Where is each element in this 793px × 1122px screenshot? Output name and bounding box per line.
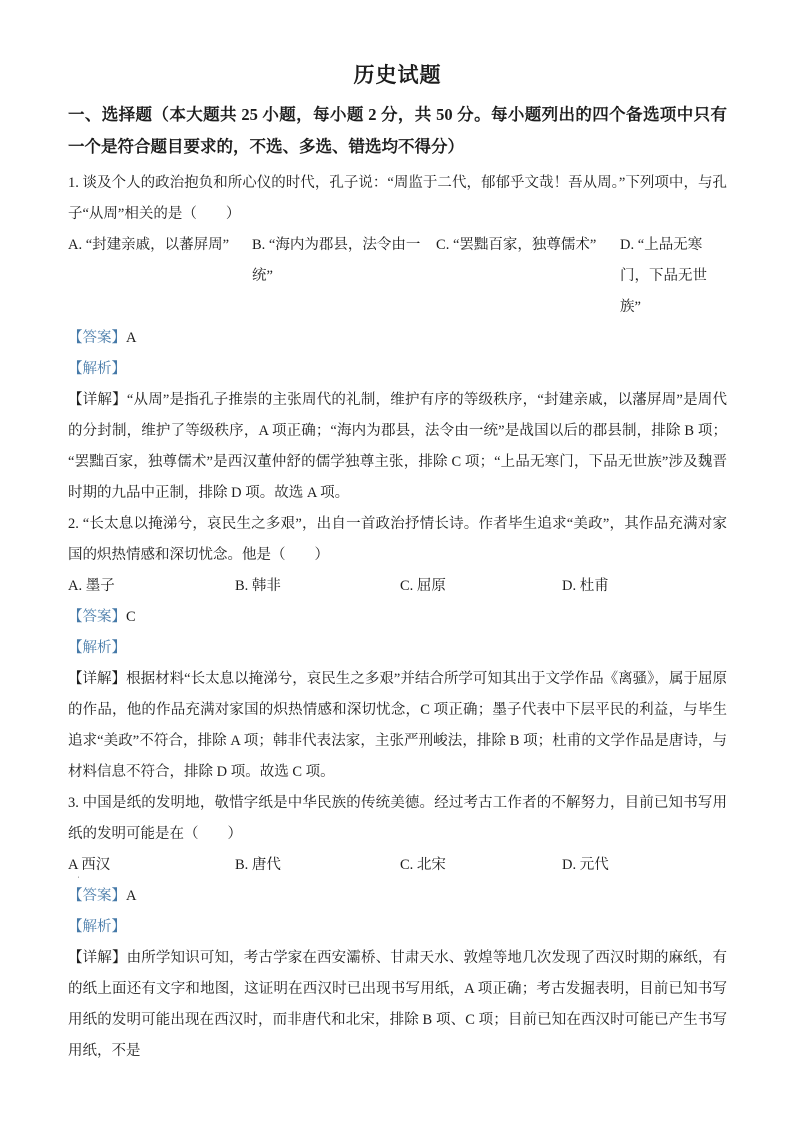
option-0-C: C. “罢黜百家，独尊儒术” <box>436 230 620 323</box>
question-stem: 3. 中国是纸的发明地，敬惜字纸是中华民族的传统美德。经过考古工作者的不解努力，… <box>68 788 727 850</box>
answer-line: 【答案】A <box>68 881 727 912</box>
detail-label: 【详解】 <box>68 671 126 687</box>
option-2-B: B. 唐代 <box>235 850 400 881</box>
option-1-C: C. 屈原 <box>400 571 562 602</box>
option-1-D: D. 杜甫 <box>562 571 609 602</box>
question-stem: 2. “长太息以掩涕兮，哀民生之多艰”，出自一首政治抒情长诗。作者毕生追求“美政… <box>68 509 727 571</box>
question-block: 1. 谈及个人的政治抱负和所心仪的时代，孔子说：“周监于二代，郁郁乎文哉！吾从周… <box>68 168 727 509</box>
detail-paragraph: 【详解】由所学知识可知，考古学家在西安灞桥、甘肃天水、敦煌等地几次发现了西汉时期… <box>68 943 727 1067</box>
option-0-A: A. “封建亲戚，以蕃屏周” <box>68 230 252 323</box>
detail-paragraph: 【详解】“从周”是指孔子推崇的主张周代的礼制，维护有序的等级秩序，“封建亲戚，以… <box>68 385 727 509</box>
exam-document: { "document": { "title": "历史试题", "sectio… <box>0 0 793 1122</box>
option-1-A: A. 墨子 <box>68 571 235 602</box>
detail-text: “从周”是指孔子推崇的主张周代的礼制，维护有序的等级秩序，“封建亲戚，以藩屏周”… <box>68 392 727 501</box>
option-2-C: C. 北宋 <box>400 850 562 881</box>
answer-value: C <box>126 609 136 625</box>
options-row: A. “封建亲戚，以蕃屏周”B. “海内为郡县，法令由一统”C. “罢黜百家，独… <box>68 230 727 323</box>
question-block: 2. “长太息以掩涕兮，哀民生之多艰”，出自一首政治抒情长诗。作者毕生追求“美政… <box>68 509 727 788</box>
detail-text: 根据材料“长太息以掩涕兮，哀民生之多艰”并结合所学可知其出于文学作品《离骚》，属… <box>68 671 727 780</box>
option-1-B: B. 韩非 <box>235 571 400 602</box>
analysis-line: 【解析】 <box>68 633 727 664</box>
analysis-line: 【解析】 <box>68 912 727 943</box>
analysis-label: 【解析】 <box>68 919 126 935</box>
answer-label: 【答案】 <box>68 330 126 346</box>
question-block: 3. 中国是纸的发明地，敬惜字纸是中华民族的传统美德。经过考古工作者的不解努力，… <box>68 788 727 1067</box>
answer-value: A <box>126 888 136 904</box>
document-title: 历史试题 <box>68 60 727 90</box>
analysis-label: 【解析】 <box>68 361 126 377</box>
options-row: A. 墨子B. 韩非C. 屈原D. 杜甫 <box>68 571 727 602</box>
questions-container: 1. 谈及个人的政治抱负和所心仪的时代，孔子说：“周监于二代，郁郁乎文哉！吾从周… <box>68 168 727 1067</box>
answer-value: A <box>126 330 136 346</box>
detail-label: 【详解】 <box>68 392 127 408</box>
detail-label: 【详解】 <box>68 950 127 966</box>
option-0-D: D. “上品无寒门，下品无世族” <box>620 230 727 323</box>
options-row: A 西汉B. 唐代C. 北宋D. 元代ˈ <box>68 850 727 881</box>
option-2-D: D. 元代 <box>562 850 609 881</box>
answer-line: 【答案】A <box>68 323 727 354</box>
detail-paragraph: 【详解】根据材料“长太息以掩涕兮，哀民生之多艰”并结合所学可知其出于文学作品《离… <box>68 664 727 788</box>
option-0-B: B. “海内为郡县，法令由一统” <box>252 230 436 323</box>
detail-text: 由所学知识可知，考古学家在西安灞桥、甘肃天水、敦煌等地几次发现了西汉时期的麻纸，… <box>68 950 727 1059</box>
option-2-A: A 西汉 <box>68 850 235 881</box>
section-instructions: 一、选择题（本大题共 25 小题，每小题 2 分，共 50 分。每小题列出的四个… <box>68 99 727 163</box>
stray-mark: ˈ <box>77 876 80 885</box>
answer-label: 【答案】 <box>68 609 126 625</box>
answer-line: 【答案】C <box>68 602 727 633</box>
analysis-line: 【解析】 <box>68 354 727 385</box>
answer-label: 【答案】 <box>68 888 126 904</box>
question-stem: 1. 谈及个人的政治抱负和所心仪的时代，孔子说：“周监于二代，郁郁乎文哉！吾从周… <box>68 168 727 230</box>
analysis-label: 【解析】 <box>68 640 126 656</box>
